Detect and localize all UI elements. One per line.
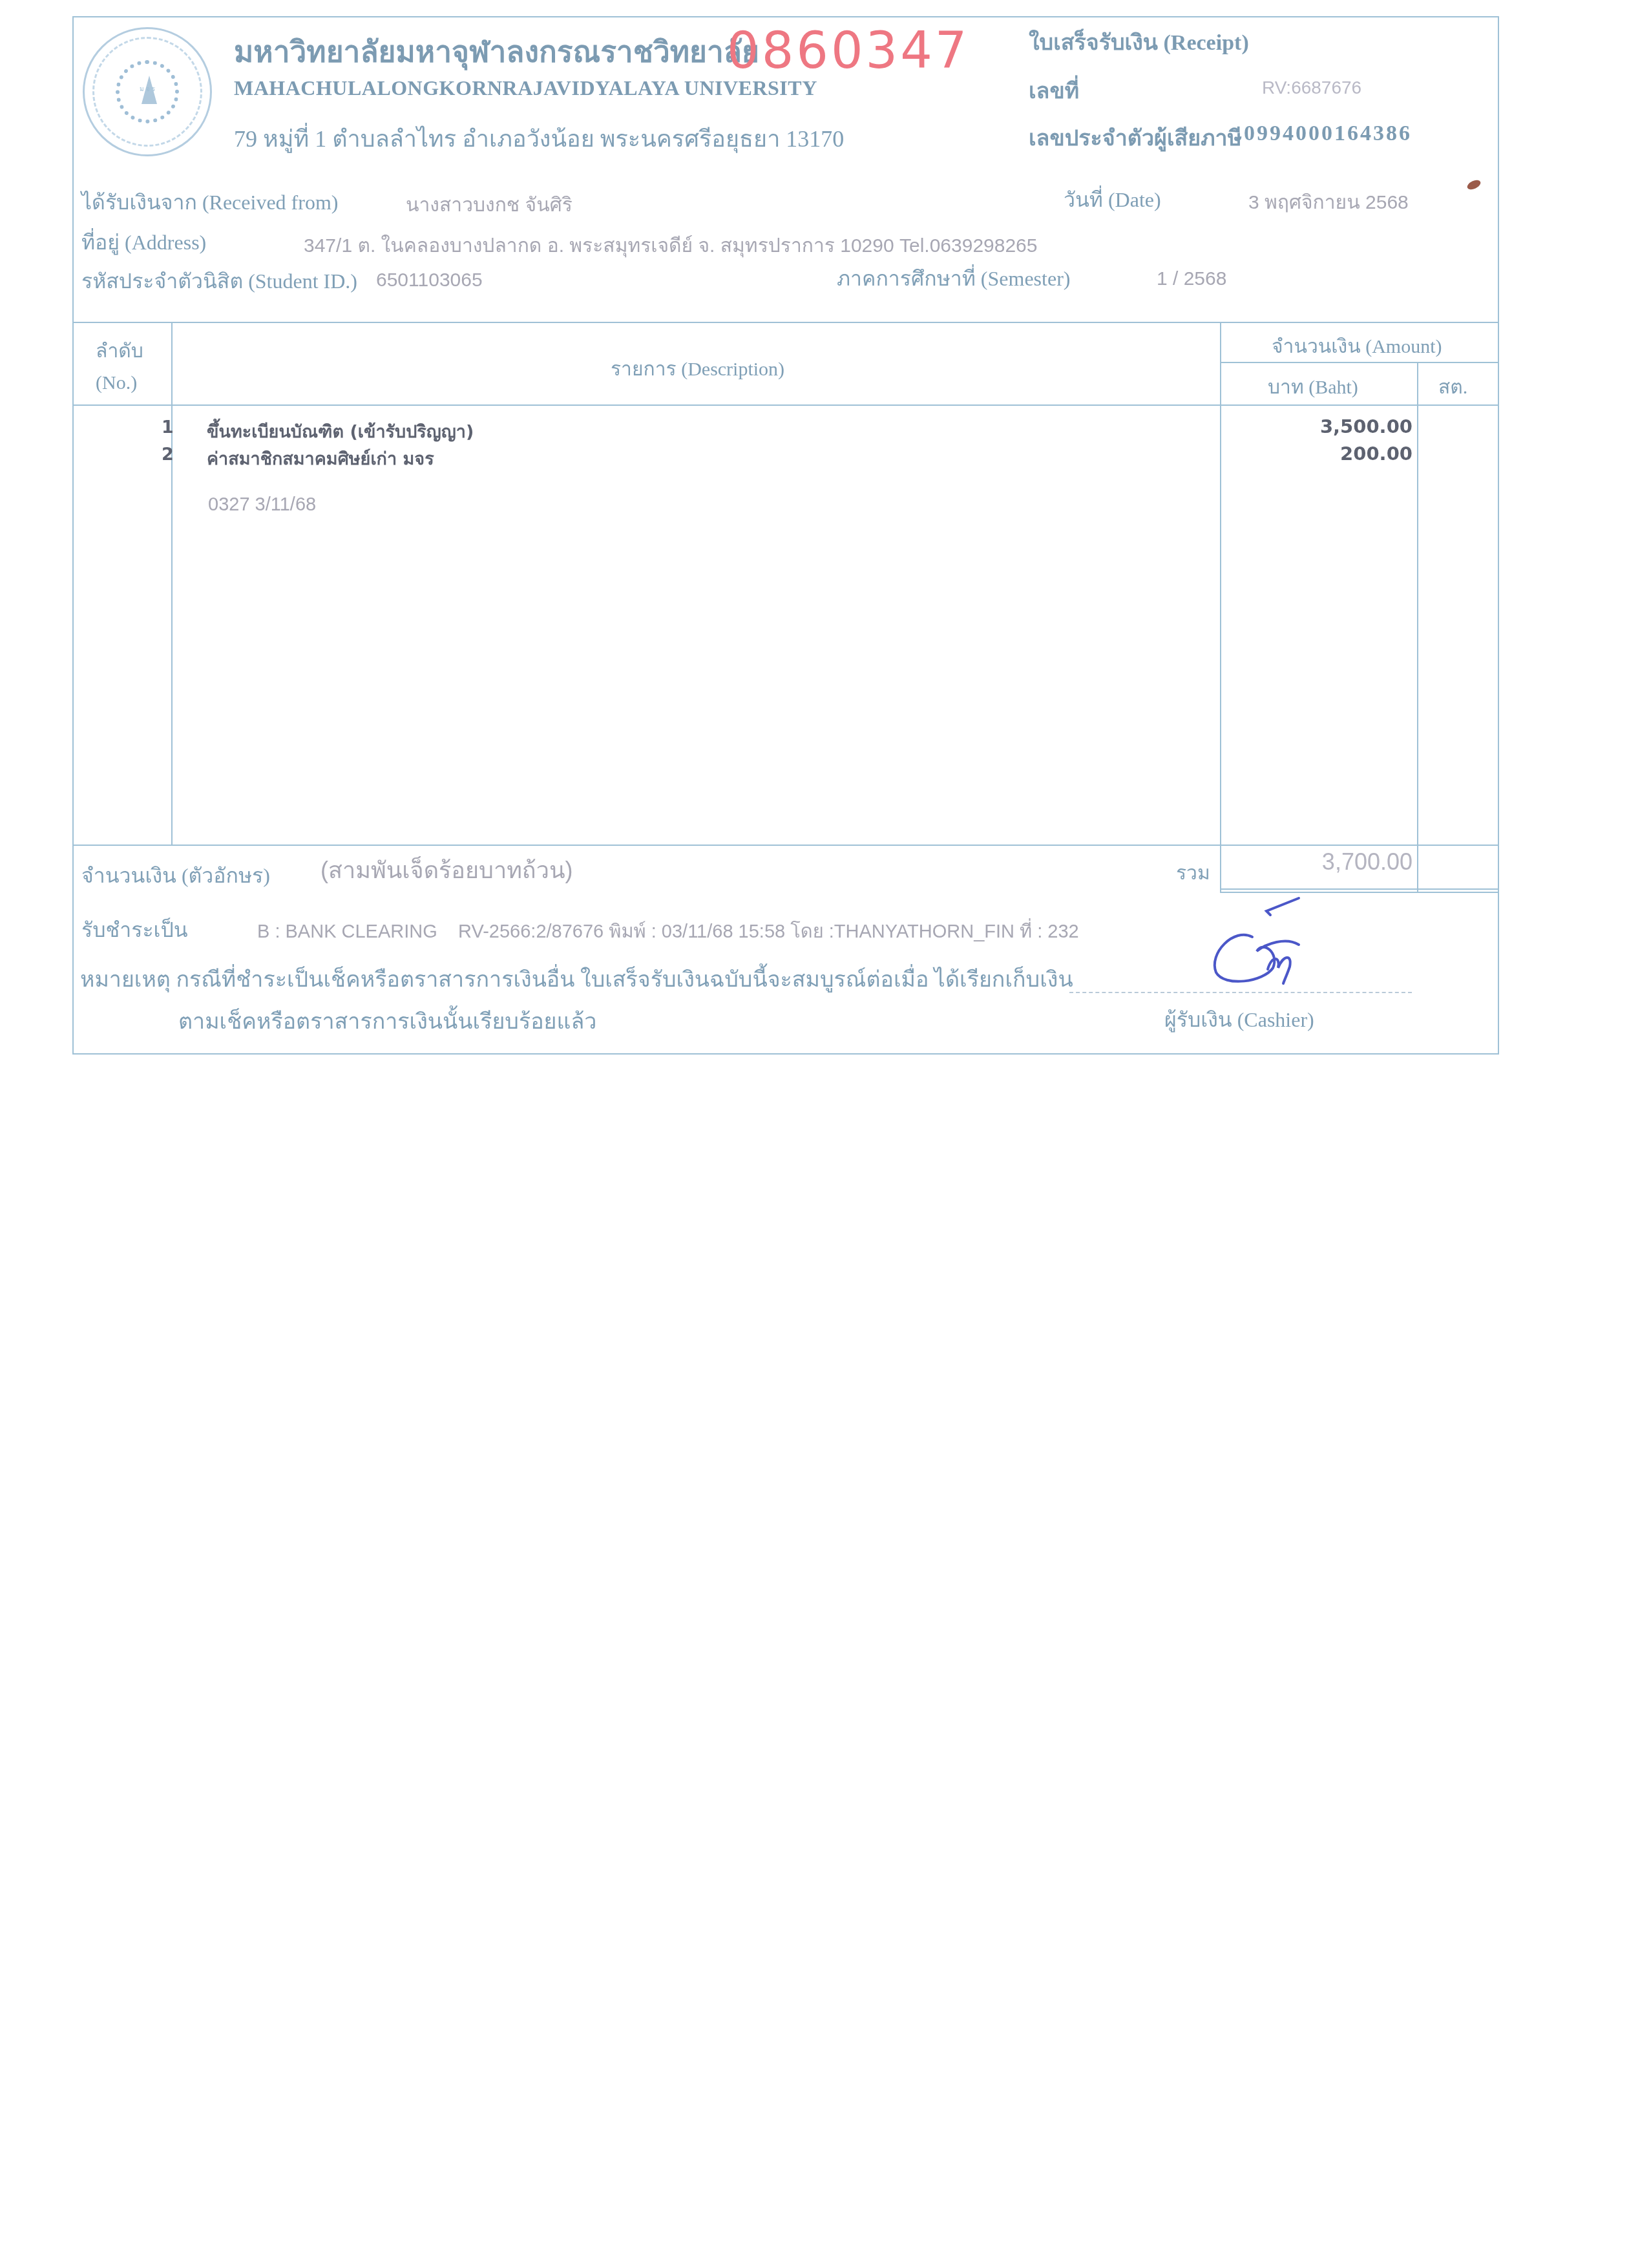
tax-id-value: 0994000164386 xyxy=(1244,121,1412,146)
column-satang: สต. xyxy=(1438,372,1467,403)
row-description: ค่าสมาชิกสมาคมศิษย์เก่า มจร xyxy=(207,445,434,472)
university-address: 79 หมู่ที่ 1 ตำบลลำไทร อำเภอวังน้อย พระน… xyxy=(234,120,844,157)
receipt-number-label: เลขที่ xyxy=(1029,73,1079,108)
column-description: รายการ (Description) xyxy=(611,354,784,384)
receipt-number-value: RV:6687676 xyxy=(1262,78,1361,98)
semester-label: ภาคการศึกษาที่ (Semester) xyxy=(837,262,1070,295)
remark-line-2: ตามเช็คหรือตราสารการเงินนั้นเรียบร้อยแล้… xyxy=(178,1003,596,1038)
amount-in-words-label: จำนวนเงิน (ตัวอักษร) xyxy=(81,859,270,892)
university-name-english: MAHACHULALONGKORNRAJAVIDYALAYA UNIVERSIT… xyxy=(234,76,817,100)
student-id-value: 6501103065 xyxy=(376,269,483,291)
row-amount: 200.00 xyxy=(1340,443,1413,465)
receipt-title: ใบเสร็จรับเงิน (Receipt) xyxy=(1029,25,1249,59)
tax-id-label: เลขประจำตัวผู้เสียภาษี xyxy=(1029,120,1242,155)
total-value: 3,700.00 xyxy=(1322,848,1413,876)
university-seal-icon: ม จ ร xyxy=(83,27,212,156)
item-note: 0327 3/11/68 xyxy=(208,494,316,516)
column-no-english: (No.) xyxy=(96,372,137,394)
handwritten-signature-icon xyxy=(1195,892,1350,989)
university-name-thai: มหาวิทยาลัยมหาจุฬาลงกรณราชวิทยาลัย xyxy=(234,28,759,76)
received-from-value: นางสาวบงกช จันศิริ xyxy=(406,190,572,220)
address-label: ที่อยู่ (Address) xyxy=(81,226,206,259)
column-baht: บาท (Baht) xyxy=(1268,372,1358,403)
cashier-label: ผู้รับเงิน (Cashier) xyxy=(1164,1003,1314,1036)
column-amount: จำนวนเงิน (Amount) xyxy=(1272,331,1442,362)
payment-method-label: รับชำระเป็น xyxy=(81,914,188,947)
payment-method-value: B : BANK CLEARING RV-2566:2/87676 พิมพ์ … xyxy=(257,916,1079,946)
column-no-thai: ลำดับ xyxy=(96,336,143,366)
row-number: 1 xyxy=(162,417,174,437)
row-number: 2 xyxy=(162,445,174,465)
address-value: 347/1 ต. ในคลองบางปลากด อ. พระสมุทรเจดีย… xyxy=(304,231,1038,261)
amount-in-words-value: (สามพันเจ็ดร้อยบาทถ้วน) xyxy=(320,852,572,888)
received-from-label: ได้รับเงินจาก (Received from) xyxy=(81,186,338,219)
row-description: ขึ้นทะเบียนบัณฑิต (เข้ารับปริญญา) xyxy=(207,417,474,445)
row-amount: 3,500.00 xyxy=(1320,415,1413,437)
serial-number: 0860347 xyxy=(727,22,969,80)
remark-line-1: หมายเหตุ กรณีที่ชำระเป็นเช็คหรือตราสารกา… xyxy=(80,961,1073,996)
student-id-label: รหัสประจำตัวนิสิต (Student ID.) xyxy=(81,265,357,298)
total-label: รวม xyxy=(1176,858,1210,888)
signature-line xyxy=(1069,992,1412,993)
date-label: วันที่ (Date) xyxy=(1064,184,1161,216)
date-value: 3 พฤศจิกายน 2568 xyxy=(1248,187,1409,218)
semester-value: 1 / 2568 xyxy=(1157,268,1226,290)
